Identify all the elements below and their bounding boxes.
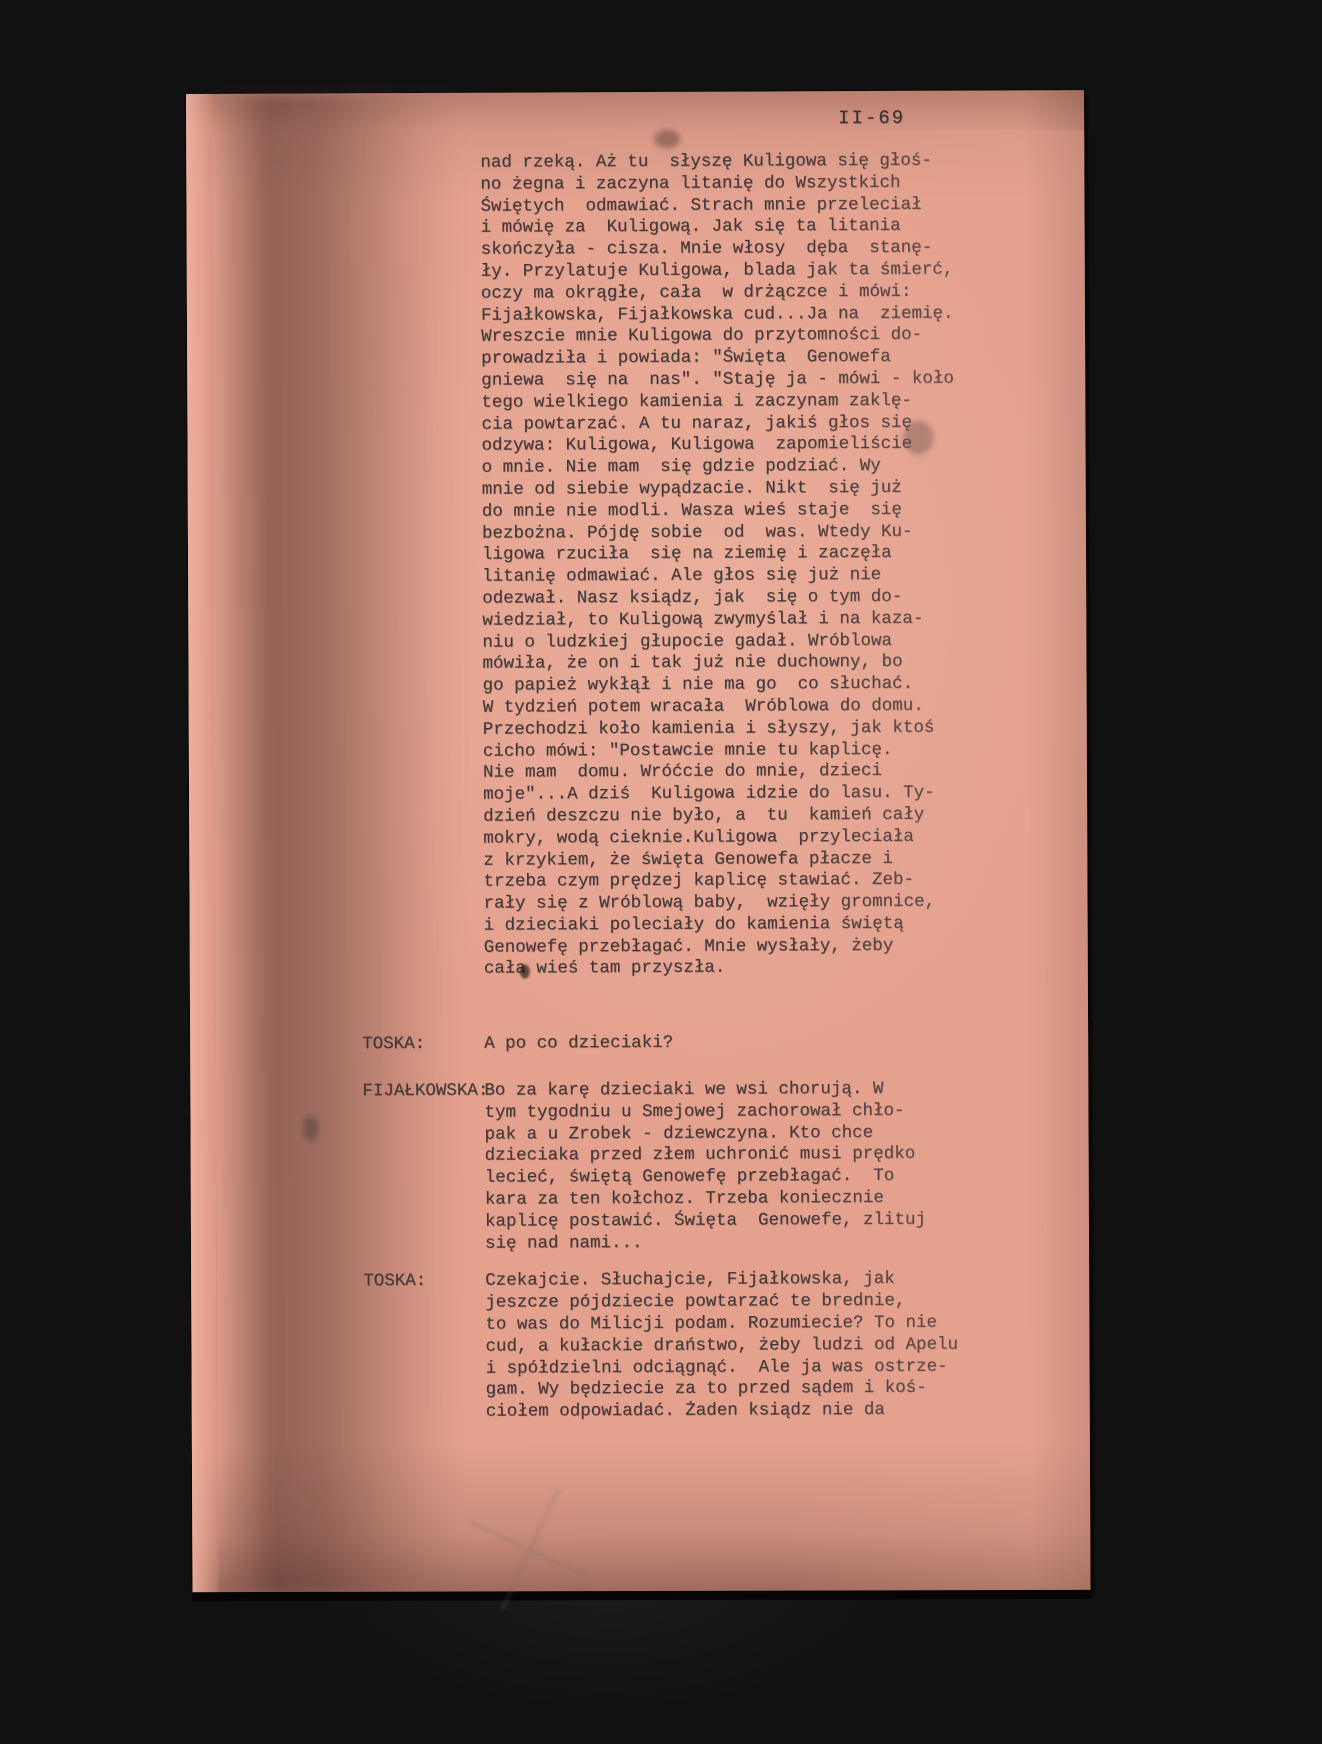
speech-lines: Czekajcie. Słuchajcie, Fijałkowska, jakj… — [485, 1269, 986, 1424]
speech-line: Przechodzi koło kamienia i słyszy, jak k… — [483, 717, 983, 741]
speech-line: ły. Przylatuje Kuligowa, blada jak ta śm… — [481, 260, 981, 284]
speech-line: jeszcze pójdziecie powtarzać te brednie, — [485, 1291, 985, 1315]
speech-line: tym tygodniu u Smejowej zachorował chło- — [484, 1100, 984, 1124]
speech-line: do mnie nie modli. Wasza wieś staje się — [482, 499, 982, 523]
speech-line: o mnie. Nie mam się gdzie podziać. Wy — [482, 456, 982, 480]
speech-line: go papież wykłął i nie ma go co słuchać. — [483, 674, 983, 698]
dialogue-text: nad rzeką. Aż tu słyszę Kuligowa się gło… — [358, 150, 1004, 1424]
speech-line: oczy ma okrągłe, cała w drżączce i mówi: — [481, 281, 981, 305]
speaker-label: FIJAŁKOWSKA: — [362, 1081, 484, 1103]
speech-line: trzeba czym prędzej kaplicę stawiać. Zeb… — [483, 870, 983, 894]
speech-line: A po co dzieciaki? — [484, 1032, 984, 1056]
speech-line: dzień deszczu nie było, a tu kamień cały — [483, 804, 983, 828]
dialogue-entry: TOSKA: Czekajcie. Słuchajcie, Fijałkowsk… — [363, 1269, 1004, 1424]
speech-line: cała wieś tam przyszła. — [484, 957, 984, 981]
speech-line: tego wielkiego kamienia i zaczynam zaklę… — [481, 390, 981, 414]
speech-line: lecieć, świętą Genowefę przebłagać. To — [485, 1166, 985, 1190]
speech-line: skończyła - cisza. Mnie włosy dęba stanę… — [481, 238, 981, 262]
speaker-label — [358, 153, 480, 154]
speech-line: Nie mam domu. Wróćcie do mnie, dzieci — [483, 761, 983, 785]
page-left-edge — [186, 94, 219, 1595]
dialogue-entry: TOSKA: A po co dzieciaki? — [362, 1032, 1002, 1057]
speech-line: wiedział, to Kuligową zwymyślał i na kaz… — [482, 608, 982, 632]
speech-line: z krzykiem, że święta Genowefa płacze i — [483, 848, 983, 872]
speech-line: mokry, wodą cieknie.Kuligowa przyleciała — [483, 826, 983, 850]
speech-line: mnie od siebie wypądzacie. Nikt się już — [482, 477, 982, 501]
speech-line: Genowefę przebłagać. Mnie wysłały, żeby — [484, 935, 984, 959]
speech-line: to was do Milicji podam. Rozumiecie? To … — [485, 1313, 985, 1337]
speech-line: nad rzeką. Aż tu słyszę Kuligowa się gło… — [480, 151, 980, 175]
speech-line: W tydzień potem wracała Wróblowa do domu… — [483, 695, 983, 719]
stain-mark — [654, 130, 680, 148]
speech-line: i spółdzielni odciągnąć. Ale ja was ostr… — [486, 1356, 986, 1380]
speech-line: kaplicę postawić. Święta Genowefe, zlitu… — [485, 1209, 985, 1233]
speech-line: i dzieciaki poleciały do kamienia świętą — [484, 913, 984, 937]
speech-line: no żegna i zaczyna litanię do Wszystkich — [480, 172, 980, 196]
speech-line: ciołem odpowiadać. Żaden ksiądz nie da — [486, 1400, 986, 1424]
speech-lines: nad rzeką. Aż tu słyszę Kuligowa się gło… — [480, 151, 984, 981]
speech-line: się nad nami... — [485, 1231, 985, 1255]
speech-line: dzieciaka przed złem uchronić musi prędk… — [485, 1144, 985, 1168]
speech-lines: Bo za karę dzieciaki we wsi chorują. Wty… — [484, 1079, 985, 1256]
speaker-label: TOSKA: — [363, 1271, 485, 1293]
scanned-document-page: { "page": { "number": "II-69", "dialogue… — [0, 0, 1322, 1744]
speech-line: cia powtarzać. A tu naraz, jakiś głos si… — [481, 412, 981, 436]
speech-line: moje"...A dziś Kuligowa idzie do lasu. T… — [483, 783, 983, 807]
speech-line: bezbożna. Pójdę sobie od was. Wtedy Ku- — [482, 521, 982, 545]
typescript-page: II-69 nad rzeką. Aż tu słyszę Kuligowa s… — [186, 90, 1091, 1595]
speech-line: ligowa rzuciła się na ziemię i zaczęła — [482, 543, 982, 567]
page-number: II-69 — [838, 107, 905, 129]
speech-line: rały się z Wróblową baby, wzięły gromnic… — [483, 892, 983, 916]
speaker-label: TOSKA: — [362, 1034, 484, 1056]
stain-mark — [302, 1115, 318, 1141]
speech-line: Wreszcie mnie Kuligowa do przytomności d… — [481, 325, 981, 349]
speech-line: Fijałkowska, Fijałkowska cud...Ja na zie… — [481, 303, 981, 327]
speech-line: mówiła, że on i tak już nie duchowny, bo — [482, 652, 982, 676]
speech-line: Świętych odmawiać. Strach mnie przelecia… — [480, 194, 980, 218]
speech-lines: A po co dzieciaki? — [484, 1032, 984, 1056]
speech-line: cud, a kułackie draństwo, żeby ludzi od … — [485, 1334, 985, 1358]
dialogue-entry: FIJAŁKOWSKA: Bo za karę dzieciaki we wsi… — [362, 1079, 1003, 1256]
dialogue-entry: nad rzeką. Aż tu słyszę Kuligowa się gło… — [358, 150, 1002, 981]
speech-line: pak a u Zrobek - dziewczyna. Kto chce — [484, 1122, 984, 1146]
speech-line: Czekajcie. Słuchajcie, Fijałkowska, jak — [485, 1269, 985, 1293]
speech-line: prowadziła i powiada: "Święta Genowefa — [481, 347, 981, 371]
speech-line: cicho mówi: "Postawcie mnie tu kaplicę. — [483, 739, 983, 763]
speech-line: kara za ten kołchoz. Trzeba koniecznie — [485, 1188, 985, 1212]
speech-line: Bo za karę dzieciaki we wsi chorują. W — [484, 1079, 984, 1103]
speech-line: i mówię za Kuligową. Jak się ta litania — [481, 216, 981, 240]
speech-line: gniewa się na nas". "Staję ja - mówi - k… — [481, 369, 981, 393]
speech-line: gam. Wy będziecie za to przed sądem i ko… — [486, 1378, 986, 1402]
speech-line: odezwał. Nasz ksiądz, jak się o tym do- — [482, 586, 982, 610]
speech-line: niu o ludzkiej głupocie gadał. Wróblowa — [482, 630, 982, 654]
speech-line: odzywa: Kuligowa, Kuligowa zapomieliście — [481, 434, 981, 458]
speech-line: litanię odmawiać. Ale głos się już nie — [482, 565, 982, 589]
